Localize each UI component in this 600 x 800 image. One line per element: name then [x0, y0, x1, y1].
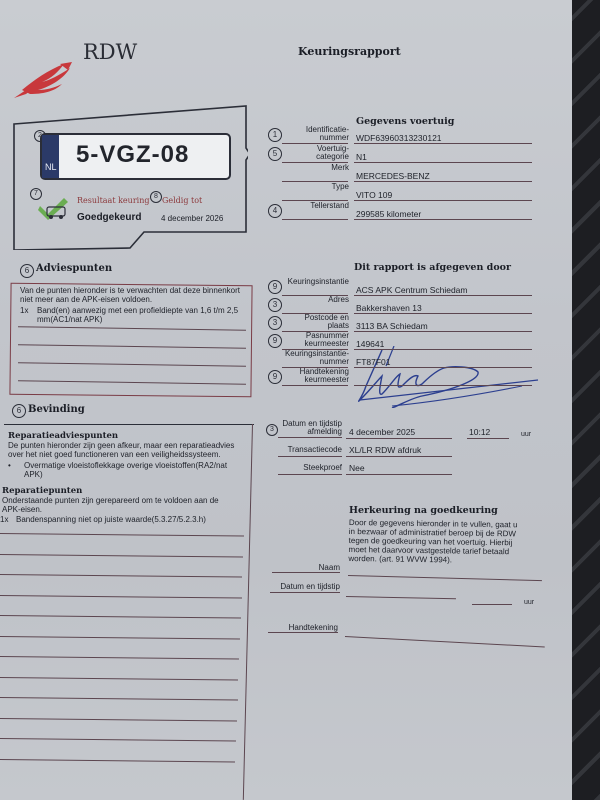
transaction-code-label-line [278, 456, 342, 457]
issuer-field-value-underline [354, 367, 532, 368]
issuer-field-value: ACS APK Centrum Schiedam [356, 285, 468, 295]
country-code: NL [45, 162, 57, 172]
car-check-icon [38, 196, 70, 222]
repair-advice-bullet: • [8, 461, 11, 470]
sample-value-line [346, 474, 452, 475]
finding-blank-line [0, 759, 235, 762]
registration-number: 5-VGZ-08 [76, 141, 189, 169]
finding-blank-line [0, 554, 243, 558]
issuer-field-label-line-2: nummer [276, 358, 349, 366]
repair-item-qty: 1x [0, 515, 8, 524]
issuer-field-value-underline [354, 331, 532, 332]
issuer-field-value: 3113 BA Schiedam [356, 321, 428, 331]
issuer-field-value-underline [354, 313, 532, 314]
signature [352, 346, 542, 408]
vehicle-field-value: N1 [356, 152, 367, 162]
repair-intro-2: APK-eisen. [2, 505, 219, 514]
eu-band: NL [42, 135, 59, 178]
issuer-field-label-underline [282, 385, 348, 386]
time-unit: uur [521, 431, 531, 438]
issuer-section-title: Dit rapport is afgegeven door [354, 262, 511, 273]
advice-item: 1x [20, 306, 28, 315]
issuer-field-label: Pasnummerkeurmeester [276, 332, 349, 348]
transaction-code-line [346, 456, 452, 457]
inspection-report-paper: RDW Keuringsrapport 2 NL 5-VGZ-08 7 Resu… [0, 0, 572, 800]
issuer-field-value: FT87F01 [356, 357, 391, 367]
vehicle-section-title: Gegevens voertuig [356, 116, 454, 127]
reinspection-text-line: worden. (art. 91 WVW 1994). [348, 554, 548, 566]
datetime-reinspection-label: Datum en tijdstip [268, 583, 340, 591]
finding-blank-line [0, 677, 238, 680]
signature-reinspection-input-line[interactable] [345, 636, 545, 647]
issuer-field-label: Handtekeningkeurmeester [276, 368, 349, 384]
marker-6-advice: 6 [20, 264, 34, 278]
vehicle-field-value-underline [354, 219, 532, 220]
vehicle-field-value: VITO 109 [356, 190, 392, 200]
marker-6-finding: 6 [12, 404, 26, 418]
sample-value: Nee [349, 463, 365, 473]
vehicle-field-label: Merk [276, 164, 349, 172]
datetime-label-2: afmelding [276, 428, 342, 436]
background-fabric [568, 0, 600, 800]
finding-blank-line [0, 656, 239, 660]
repair-advice-item-1: Overmatige vloeistoflekkage overige vloe… [24, 461, 227, 470]
time-value-line [467, 438, 509, 439]
vehicle-field-label: Voertuig-categorie [276, 145, 349, 161]
vehicle-field-value-underline [354, 181, 532, 182]
issuer-field-label: Postcode enplaats [276, 314, 349, 330]
vehicle-field-label-line-2: categorie [276, 153, 349, 161]
advice-intro: Van de punten hieronder is te verwachten… [20, 286, 240, 304]
datetime-reinspection-label-line [270, 592, 340, 593]
vehicle-field-value-underline [354, 162, 532, 163]
vehicle-field-value-underline [354, 143, 532, 144]
issuer-field-label-line-2: keurmeester [276, 376, 349, 384]
vehicle-field-label-underline [282, 219, 348, 220]
datetime-value-line [346, 438, 452, 439]
finding-blank-line [0, 718, 237, 721]
issuer-field-label: Keuringsinstantie [276, 278, 349, 286]
repair-advice-intro-1: De punten hieronder zijn geen afkeur, ma… [8, 441, 234, 450]
issuer-field-value: 149641 [356, 339, 384, 349]
valid-until-label: Geldig tot [162, 196, 202, 205]
sample-label-line [278, 474, 342, 475]
signature-reinspection-label-line [268, 632, 338, 633]
issuer-field-label-line-2: keurmeester [276, 340, 349, 348]
vehicle-field-label-line-2: Merk [276, 164, 349, 172]
advice-section-title: Adviespunten [36, 263, 112, 274]
advice-item-text-2: mm(AC1/nat APK) [37, 315, 238, 324]
result-label: Resultaat keuring [77, 196, 149, 205]
datetime-value: 4 december 2025 [349, 427, 415, 437]
report-title: Keuringsrapport [298, 45, 401, 58]
advice-item-text-1: Band(en) aanwezig met een profieldiepte … [37, 306, 238, 315]
repair-item-text: Bandenspanning niet op juiste waarde(5.3… [16, 515, 206, 524]
repair-advice-intro: De punten hieronder zijn geen afkeur, ma… [8, 441, 234, 459]
vehicle-field-label: Type [276, 183, 349, 191]
finding-blank-line [0, 595, 242, 599]
result-value: Goedgekeurd [77, 212, 141, 223]
issuer-field-value-underline [354, 349, 532, 350]
license-plate: NL 5-VGZ-08 [40, 133, 231, 180]
vehicle-field-value: 299585 kilometer [356, 209, 421, 219]
time-reinspection-input-line[interactable] [472, 604, 512, 605]
repair-advice-item-2: APK) [24, 470, 227, 479]
datetime-reinspection-input-line[interactable] [346, 596, 456, 599]
vehicle-field-value-underline [354, 200, 532, 201]
finding-box-top [4, 424, 254, 425]
transaction-code-value: XL/LR RDW afdruk [349, 445, 421, 455]
issuer-field-value-underline [354, 295, 532, 296]
finding-blank-line [0, 697, 238, 700]
finding-box-right [243, 424, 253, 800]
issuer-field-label-line-2: Adres [276, 296, 349, 304]
name-label-line [272, 572, 340, 573]
finding-blank-line [0, 615, 241, 619]
issuer-field-label-line-2: plaats [276, 322, 349, 330]
repair-intro-1: Onderstaande punten zijn gerepareerd om … [2, 496, 219, 505]
finding-section-title: Bevinding [28, 404, 85, 415]
transaction-code-label: Transactiecode [276, 446, 342, 454]
reinspection-time-unit: uur [524, 599, 534, 606]
repair-advice-title: Reparatieadviespunten [8, 431, 118, 441]
issuer-field-label: Keuringsinstantie-nummer [276, 350, 349, 366]
vehicle-field-label-line-2: Type [276, 183, 349, 191]
rdw-logo-icon [12, 60, 74, 100]
datetime-label: Datum en tijdstip afmelding [276, 420, 342, 436]
issuer-field-label-line-2: Keuringsinstantie [276, 278, 349, 286]
repair-title: Reparatiepunten [2, 486, 82, 496]
signature-reinspection-label: Handtekening [268, 624, 338, 632]
advice-item-qty: 1x [20, 306, 28, 315]
marker-8: 8 [150, 191, 162, 203]
sample-label: Steekproef [276, 464, 342, 472]
name-label: Naam [272, 564, 340, 572]
advice-item-text: Band(en) aanwezig met een profieldiepte … [37, 306, 238, 324]
advice-intro-line-2: niet meer aan de APK-eisen voldoen. [20, 295, 240, 304]
name-input-line[interactable] [348, 575, 542, 581]
reinspection-title: Herkeuring na goedkeuring [349, 505, 498, 516]
time-value: 10:12 [469, 427, 490, 437]
vehicle-field-label-line-2: nummer [276, 134, 349, 142]
finding-blank-line [0, 738, 236, 741]
vehicle-field-value: MERCEDES-BENZ [356, 171, 430, 181]
repair-intro: Onderstaande punten zijn gerepareerd om … [2, 496, 219, 514]
repair-advice-item: Overmatige vloeistoflekkage overige vloe… [24, 461, 227, 479]
advice-intro-line-1: Van de punten hieronder is te verwachten… [20, 286, 240, 295]
reinspection-text: Door de gegevens hieronder in te vullen,… [348, 518, 549, 566]
finding-blank-line [0, 533, 244, 537]
finding-blank-line [0, 574, 242, 578]
issuer-field-value: Bakkershaven 13 [356, 303, 422, 313]
datetime-label-line [278, 437, 342, 438]
vehicle-field-value: WDF63960313230121 [356, 133, 442, 143]
vehicle-field-label: Tellerstand [276, 202, 349, 210]
valid-until-value: 4 december 2026 [161, 214, 223, 223]
issuer-field-label: Adres [276, 296, 349, 304]
vehicle-field-label-line-2: Tellerstand [276, 202, 349, 210]
repair-advice-intro-2: over het niet goed functioneren van een … [8, 450, 234, 459]
vehicle-field-label: Identificatie-nummer [276, 126, 349, 142]
finding-blank-line [0, 636, 240, 640]
issuer-field-value-underline [354, 385, 532, 386]
rdw-logo-text: RDW [83, 40, 137, 64]
